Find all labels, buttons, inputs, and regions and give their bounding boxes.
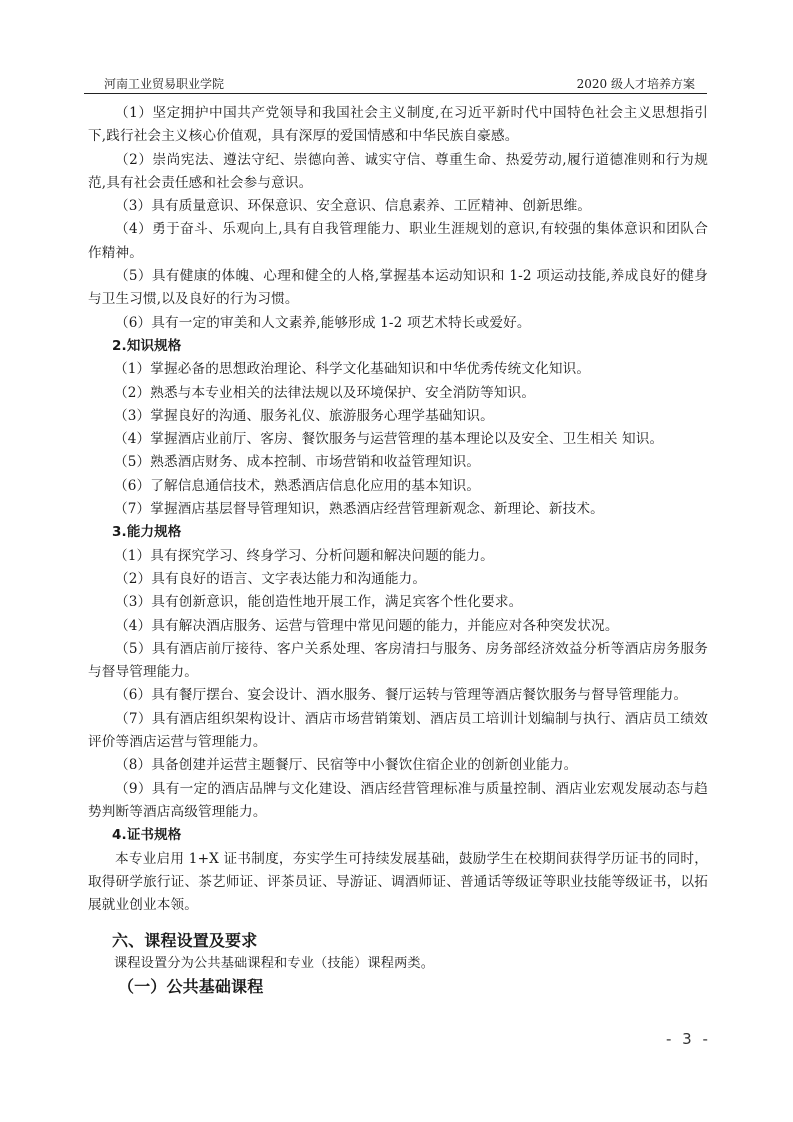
knowledge-heading: 2.知识规格 (88, 335, 708, 358)
ability-item: （8）具备创建并运营主题餐厅、民宿等中小餐饮住宿企业的创新创业能力。 (88, 754, 708, 777)
page-header: 河南工业贸易职业学院 2020 级人才培养方案 (84, 72, 707, 94)
knowledge-item: （4）掌握酒店业前厅、客房、餐饮服务与运营管理的基本理论以及安全、卫生相关 知识… (88, 428, 708, 451)
certificate-heading: 4.证书规格 (88, 824, 708, 847)
knowledge-item: （7）掌握酒店基层督导管理知识，熟悉酒店经营管理新观念、新理论、新技术。 (88, 498, 708, 521)
public-courses-title: （一）公共基础课程 (88, 975, 708, 999)
section-six-title: 六、课程设置及要求 (88, 929, 708, 953)
section-six-intro: 课程设置分为公共基础课程和专业（技能）课程两类。 (88, 953, 708, 975)
knowledge-item: （1）掌握必备的思想政治理论、科学文化基础知识和中华优秀传统文化知识。 (88, 358, 708, 381)
quality-item: （2）崇尚宪法、遵法守纪、崇德向善、诚实守信、尊重生命、热爱劳动,履行道德准则和… (88, 149, 708, 196)
ability-item: （5）具有酒店前厅接待、客户关系处理、客房清扫与服务、房务部经济效益分析等酒店房… (88, 638, 708, 685)
ability-item: （4）具有解决酒店服务、运营与管理中常见问题的能力，并能应对各种突发状况。 (88, 615, 708, 638)
ability-item: （2）具有良好的语言、文字表达能力和沟通能力。 (88, 568, 708, 591)
knowledge-item: （2）熟悉与本专业相关的法律法规以及环境保护、安全消防等知识。 (88, 382, 708, 405)
ability-item: （7）具有酒店组织架构设计、酒店市场营销策划、酒店员工培训计划编制与执行、酒店员… (88, 708, 708, 755)
ability-heading: 3.能力规格 (88, 521, 708, 544)
document-body: （1）坚定拥护中国共产党领导和我国社会主义制度,在习近平新时代中国特色社会主义思… (88, 102, 708, 999)
certificate-text: 本专业启用 1+X 证书制度，夯实学生可持续发展基础，鼓励学生在校期间获得学历证… (88, 848, 708, 918)
quality-item: （1）坚定拥护中国共产党领导和我国社会主义制度,在习近平新时代中国特色社会主义思… (88, 102, 708, 149)
knowledge-item: （5）熟悉酒店财务、成本控制、市场营销和收益管理知识。 (88, 451, 708, 474)
knowledge-item: （6）了解信息通信技术，熟悉酒店信息化应用的基本知识。 (88, 475, 708, 498)
ability-item: （1）具有探究学习、终身学习、分析问题和解决问题的能力。 (88, 545, 708, 568)
quality-item: （6）具有一定的审美和人文素养,能够形成 1-2 项艺术特长或爱好。 (88, 312, 708, 335)
ability-item: （9）具有一定的酒店品牌与文化建设、酒店经营管理标准与质量控制、酒店业宏观发展动… (88, 778, 708, 825)
knowledge-item: （3）掌握良好的沟通、服务礼仪、旅游服务心理学基础知识。 (88, 405, 708, 428)
page-number: - 3 - (666, 1030, 711, 1048)
quality-item: （3）具有质量意识、环保意识、安全意识、信息素养、工匠精神、创新思维。 (88, 195, 708, 218)
quality-item: （4）勇于奋斗、乐观向上,具有自我管理能力、职业生涯规划的意识,有较强的集体意识… (88, 218, 708, 265)
header-document-title: 2020 级人才培养方案 (577, 75, 695, 92)
header-institution: 河南工业贸易职业学院 (104, 75, 224, 92)
ability-item: （3）具有创新意识，能创造性地开展工作，满足宾客个性化要求。 (88, 591, 708, 614)
ability-item: （6）具有餐厅摆台、宴会设计、酒水服务、餐厅运转与管理等酒店餐饮服务与督导管理能… (88, 684, 708, 707)
quality-item: （5）具有健康的体魄、心理和健全的人格,掌握基本运动知识和 1-2 项运动技能,… (88, 265, 708, 312)
